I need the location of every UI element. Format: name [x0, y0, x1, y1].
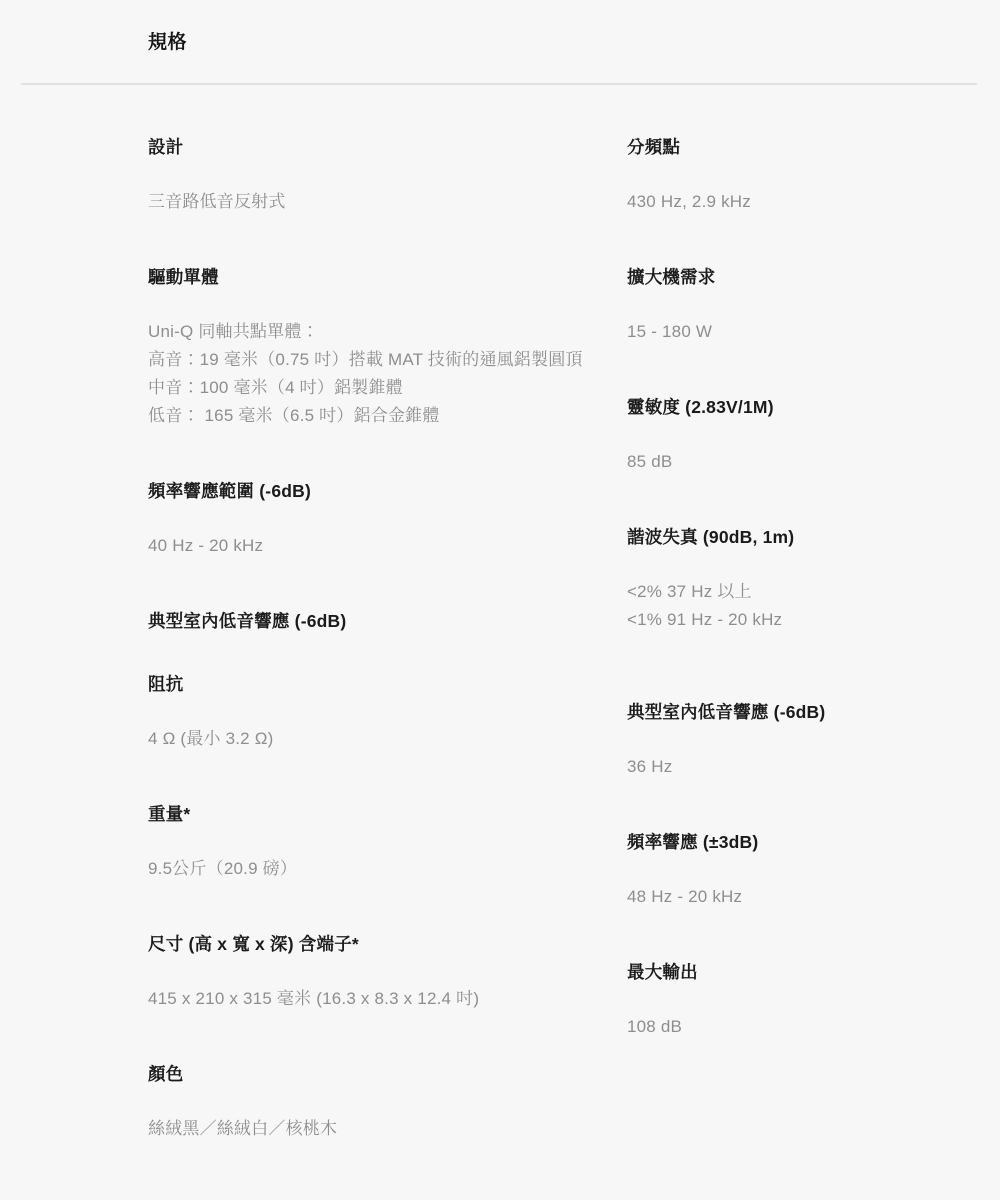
spec-item: 典型室內低音響應 (-6dB) [148, 610, 620, 632]
spec-item: 靈敏度 (2.83V/1M) 85 dB [627, 396, 982, 476]
spec-label: 最大輸出 [627, 961, 982, 983]
spec-label: 靈敏度 (2.83V/1M) [627, 396, 982, 418]
spec-value: 108 dB [627, 1013, 982, 1041]
spec-label: 分頻點 [627, 136, 982, 158]
spec-item: 典型室內低音響應 (-6dB) 36 Hz [627, 701, 982, 781]
spec-item: 最大輸出 108 dB [627, 961, 982, 1041]
spec-value: 中音：100 毫米（4 吋）鋁製錐體 [148, 374, 620, 402]
spec-item: 分頻點 430 Hz, 2.9 kHz [627, 136, 982, 216]
spec-label: 驅動單體 [148, 266, 620, 288]
spec-label: 典型室內低音響應 (-6dB) [627, 701, 982, 723]
spec-values: 85 dB [627, 448, 982, 476]
spec-value: 低音： 165 毫米（6.5 吋）鋁合金錐體 [148, 402, 620, 430]
spec-item: 顏色 絲絨黑／絲絨白／核桃木 [148, 1063, 620, 1143]
spec-label: 頻率響應 (±3dB) [627, 831, 982, 853]
spec-item: 設計 三音路低音反射式 [148, 136, 620, 216]
spec-item: 諧波失真 (90dB, 1m) <2% 37 Hz 以上<1% 91 Hz - … [627, 526, 982, 634]
spec-value: 絲絨黑／絲絨白／核桃木 [148, 1115, 620, 1143]
spec-label: 諧波失真 (90dB, 1m) [627, 526, 982, 548]
spec-item: 頻率響應範圍 (-6dB) 40 Hz - 20 kHz [148, 480, 620, 560]
spec-values: Uni-Q 同軸共點單體：高音：19 毫米（0.75 吋）搭載 MAT 技術的通… [148, 318, 620, 430]
spec-label: 阻抗 [148, 673, 620, 695]
spec-values: 9.5公斤（20.9 磅） [148, 855, 620, 883]
spec-column-right: 分頻點 430 Hz, 2.9 kHz 擴大機需求 15 - 180 W 靈敏度… [627, 136, 982, 1091]
spec-values: 40 Hz - 20 kHz [148, 532, 620, 560]
spec-values: 48 Hz - 20 kHz [627, 883, 982, 911]
spec-values: 430 Hz, 2.9 kHz [627, 188, 982, 216]
spec-value: 48 Hz - 20 kHz [627, 883, 982, 911]
spec-value: 85 dB [627, 448, 982, 476]
spec-value: <1% 91 Hz - 20 kHz [627, 606, 982, 634]
spec-item: 重量* 9.5公斤（20.9 磅） [148, 803, 620, 883]
spec-value: 36 Hz [627, 753, 982, 781]
spec-label: 重量* [148, 803, 620, 825]
spec-value: 415 x 210 x 315 毫米 (16.3 x 8.3 x 12.4 吋) [148, 985, 620, 1013]
spec-value: 430 Hz, 2.9 kHz [627, 188, 982, 216]
spec-values: <2% 37 Hz 以上<1% 91 Hz - 20 kHz [627, 578, 982, 634]
spec-item: 尺寸 (高 x 寬 x 深) 含端子* 415 x 210 x 315 毫米 (… [148, 933, 620, 1013]
spec-values: 4 Ω (最小 3.2 Ω) [148, 725, 620, 753]
spec-value: 高音：19 毫米（0.75 吋）搭載 MAT 技術的通風鋁製圓頂 [148, 346, 620, 374]
spec-item: 驅動單體 Uni-Q 同軸共點單體：高音：19 毫米（0.75 吋）搭載 MAT… [148, 266, 620, 430]
spec-values: 絲絨黑／絲絨白／核桃木 [148, 1115, 620, 1143]
spec-item: 擴大機需求 15 - 180 W [627, 266, 982, 346]
section-divider [21, 83, 977, 85]
spec-values: 15 - 180 W [627, 318, 982, 346]
spec-item: 阻抗 4 Ω (最小 3.2 Ω) [148, 673, 620, 753]
spec-values: 108 dB [627, 1013, 982, 1041]
spec-label: 頻率響應範圍 (-6dB) [148, 480, 620, 502]
spec-value: Uni-Q 同軸共點單體： [148, 318, 620, 346]
spec-value: 15 - 180 W [627, 318, 982, 346]
spec-label: 典型室內低音響應 (-6dB) [148, 610, 620, 632]
spec-label: 顏色 [148, 1063, 620, 1085]
spec-item: 頻率響應 (±3dB) 48 Hz - 20 kHz [627, 831, 982, 911]
spec-values: 415 x 210 x 315 毫米 (16.3 x 8.3 x 12.4 吋) [148, 985, 620, 1013]
spec-value: <2% 37 Hz 以上 [627, 578, 982, 606]
spec-column-left: 設計 三音路低音反射式 驅動單體 Uni-Q 同軸共點單體：高音：19 毫米（0… [148, 136, 620, 1193]
spec-label: 尺寸 (高 x 寬 x 深) 含端子* [148, 933, 620, 955]
page-title: 規格 [148, 27, 187, 54]
spec-label: 設計 [148, 136, 620, 158]
spec-values: 36 Hz [627, 753, 982, 781]
spec-value: 9.5公斤（20.9 磅） [148, 855, 620, 883]
spec-page: { "page": { "title": "規格" }, "colors": {… [0, 0, 1000, 1200]
spec-label: 擴大機需求 [627, 266, 982, 288]
spec-values: 三音路低音反射式 [148, 188, 620, 216]
spec-value: 4 Ω (最小 3.2 Ω) [148, 725, 620, 753]
spec-value: 三音路低音反射式 [148, 188, 620, 216]
spec-value: 40 Hz - 20 kHz [148, 532, 620, 560]
